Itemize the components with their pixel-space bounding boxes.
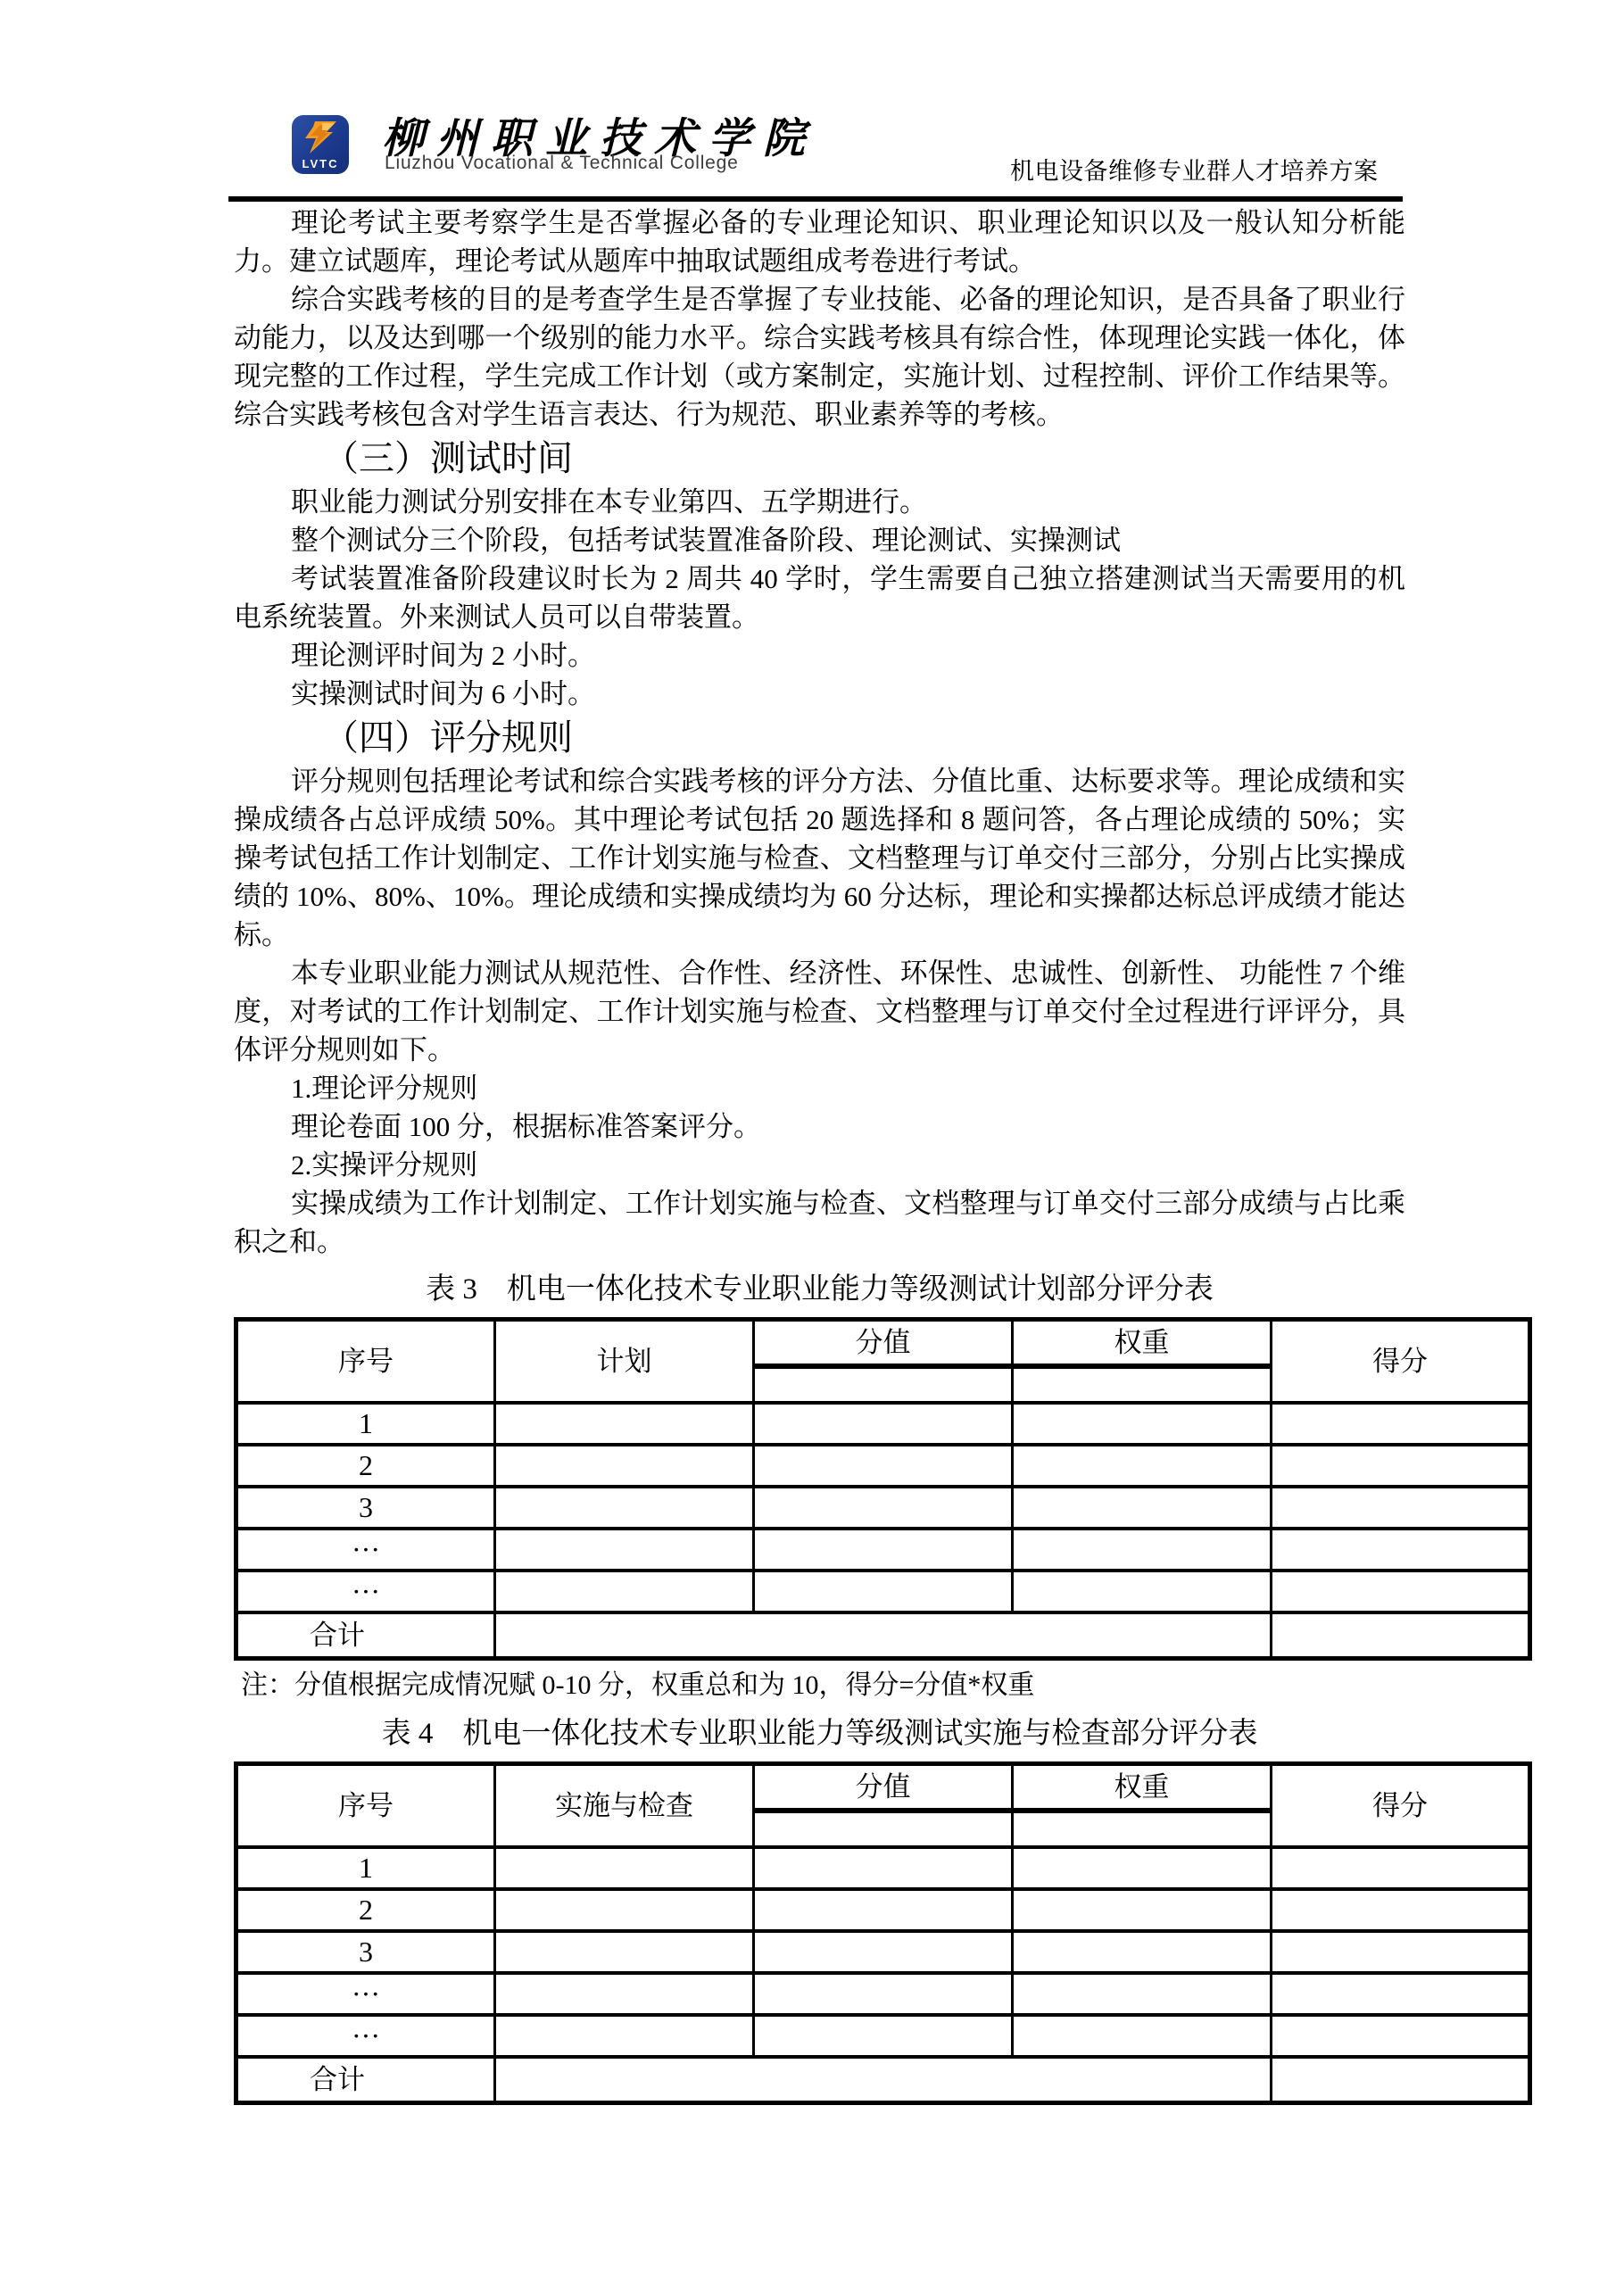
row-index-cell: ··· — [236, 2015, 495, 2057]
empty-cell — [1272, 1529, 1530, 1571]
row-index-cell: 3 — [236, 1487, 495, 1529]
col-header-implementation: 实施与检查 — [495, 1764, 754, 1847]
document-body: 理论考试主要考察学生是否掌握必备的专业理论知识、职业理论知识以及一般认知分析能力… — [234, 203, 1532, 2105]
college-logo: LVTC — [292, 115, 349, 174]
empty-cell — [1272, 1612, 1530, 1659]
table-header-row: 序号 计划 分值 权重 得分 — [236, 1320, 1530, 1366]
paragraph-preparation: 考试装置准备阶段建议时长为 2 周共 40 学时，学生需要自己独立搭建测试当天需… — [234, 559, 1532, 636]
table-total-row: 合计 — [236, 2057, 1530, 2103]
empty-cell — [1013, 1811, 1272, 1847]
logo-abbr-text: LVTC — [292, 157, 349, 170]
row-index-cell: ··· — [236, 1529, 495, 1571]
table-row: 3 — [236, 1487, 1530, 1529]
table-row: 3 — [236, 1931, 1530, 1973]
section-heading-4: （四）评分规则 — [234, 714, 1532, 761]
paragraph-practice-time: 实操测试时间为 6 小时。 — [234, 675, 1532, 713]
empty-cell — [1013, 1529, 1272, 1571]
empty-cell — [1013, 1847, 1272, 1889]
empty-cell — [495, 1487, 754, 1529]
section-heading-3: （三）测试时间 — [234, 435, 1532, 482]
empty-cell — [495, 1445, 754, 1487]
empty-cell — [1272, 1487, 1530, 1529]
col-header-points: 得分 — [1272, 1320, 1530, 1403]
empty-cell — [495, 1571, 754, 1612]
table3-note: 注：分值根据完成情况赋 0-10 分，权重总和为 10，得分=分值*权重 — [234, 1666, 1532, 1705]
empty-cell — [1272, 2015, 1530, 2057]
empty-cell — [495, 1403, 754, 1445]
col-header-index: 序号 — [236, 1320, 495, 1403]
empty-cell — [754, 1403, 1013, 1445]
empty-cell — [754, 1445, 1013, 1487]
table-row: 1 — [236, 1847, 1530, 1889]
empty-cell — [754, 1529, 1013, 1571]
empty-cell — [754, 1571, 1013, 1612]
empty-cell — [495, 2015, 754, 2057]
empty-cell — [1272, 1847, 1530, 1889]
paragraph-theory-time: 理论测评时间为 2 小时。 — [234, 636, 1532, 675]
empty-cell — [495, 1973, 754, 2015]
row-index-cell: ··· — [236, 1973, 495, 2015]
empty-cell — [1272, 1973, 1530, 2015]
paragraph-practice-rule: 实操成绩为工作计划制定、工作计划实施与检查、文档整理与订单交付三部分成绩与占比乘… — [234, 1184, 1532, 1261]
empty-cell — [1013, 1445, 1272, 1487]
paragraph-dimensions: 本专业职业能力测试从规范性、合作性、经济性、环保性、忠诚性、创新性、 功能性 7… — [234, 954, 1532, 1069]
table-row: ··· — [236, 1529, 1530, 1571]
empty-cell — [495, 1529, 754, 1571]
empty-cell — [1272, 1403, 1530, 1445]
total-label-cell: 合计 — [236, 2057, 495, 2103]
col-header-index: 序号 — [236, 1764, 495, 1847]
document-page: LVTC 柳州职业技术学院 Liuzhou Vocational & Techn… — [0, 0, 1624, 2296]
empty-cell — [754, 1811, 1013, 1847]
table-header-row: 序号 实施与检查 分值 权重 得分 — [236, 1764, 1530, 1811]
row-index-cell: 2 — [236, 1889, 495, 1931]
empty-cell — [1013, 1889, 1272, 1931]
table-row: 2 — [236, 1889, 1530, 1931]
empty-cell — [1013, 2015, 1272, 2057]
row-index-cell: 1 — [236, 1847, 495, 1889]
col-header-plan: 计划 — [495, 1320, 754, 1403]
empty-cell — [754, 1889, 1013, 1931]
empty-cell — [754, 1847, 1013, 1889]
row-index-cell: 1 — [236, 1403, 495, 1445]
total-label-cell: 合计 — [236, 1612, 495, 1659]
empty-cell — [754, 2015, 1013, 2057]
paragraph-schedule: 职业能力测试分别安排在本专业第四、五学期进行。 — [234, 483, 1532, 521]
lightning-bolt-icon — [301, 120, 340, 155]
empty-cell — [754, 1366, 1013, 1403]
empty-cell — [1013, 1366, 1272, 1403]
empty-cell — [1272, 1931, 1530, 1973]
table-row: 1 — [236, 1403, 1530, 1445]
paragraph-practice-purpose: 综合实践考核的目的是考查学生是否掌握了专业技能、必备的理论知识，是否具备了职业行… — [234, 280, 1532, 434]
empty-cell — [1013, 1571, 1272, 1612]
table-row: ··· — [236, 1571, 1530, 1612]
document-header-title: 机电设备维修专业群人才培养方案 — [1010, 152, 1379, 186]
col-header-weight: 权重 — [1013, 1320, 1272, 1366]
empty-cell — [495, 2057, 1272, 2103]
paragraph-practice-rule-no: 2.实操评分规则 — [234, 1146, 1532, 1184]
header-rule — [228, 196, 1403, 202]
table-row: 2 — [236, 1445, 1530, 1487]
empty-cell — [754, 1931, 1013, 1973]
implementation-score-table: 序号 实施与检查 分值 权重 得分 1 2 — [234, 1761, 1532, 2105]
paragraph-stages: 整个测试分三个阶段，包括考试装置准备阶段、理论测试、实操测试 — [234, 521, 1532, 559]
empty-cell — [1013, 1403, 1272, 1445]
empty-cell — [495, 1847, 754, 1889]
empty-cell — [754, 1487, 1013, 1529]
col-header-score-value: 分值 — [754, 1764, 1013, 1811]
col-header-score-value: 分值 — [754, 1320, 1013, 1366]
empty-cell — [1013, 1973, 1272, 2015]
empty-cell — [1013, 1931, 1272, 1973]
paragraph-scoring-rules: 评分规则包括理论考试和综合实践考核的评分方法、分值比重、达标要求等。理论成绩和实… — [234, 762, 1532, 954]
table4-caption: 表 4 机电一体化技术专业职业能力等级测试实施与检查部分评分表 — [234, 1713, 1532, 1754]
table-row: ··· — [236, 2015, 1530, 2057]
empty-cell — [495, 1931, 754, 1973]
empty-cell — [495, 1612, 1272, 1659]
row-index-cell: 3 — [236, 1931, 495, 1973]
college-name-en: Liuzhou Vocational & Technical College — [385, 153, 739, 174]
col-header-weight: 权重 — [1013, 1764, 1272, 1811]
row-index-cell: ··· — [236, 1571, 495, 1612]
table-row: ··· — [236, 1973, 1530, 2015]
empty-cell — [754, 1973, 1013, 2015]
paragraph-theory-exam: 理论考试主要考察学生是否掌握必备的专业理论知识、职业理论知识以及一般认知分析能力… — [234, 203, 1532, 280]
empty-cell — [1272, 1445, 1530, 1487]
table3-caption: 表 3 机电一体化技术专业职业能力等级测试计划部分评分表 — [234, 1269, 1532, 1310]
empty-cell — [1272, 1571, 1530, 1612]
plan-score-table: 序号 计划 分值 权重 得分 1 2 — [234, 1317, 1532, 1661]
paragraph-theory-rule: 理论卷面 100 分，根据标准答案评分。 — [234, 1107, 1532, 1146]
empty-cell — [1272, 2057, 1530, 2103]
paragraph-theory-rule-no: 1.理论评分规则 — [234, 1069, 1532, 1107]
table-total-row: 合计 — [236, 1612, 1530, 1659]
empty-cell — [1013, 1487, 1272, 1529]
empty-cell — [1272, 1889, 1530, 1931]
row-index-cell: 2 — [236, 1445, 495, 1487]
col-header-points: 得分 — [1272, 1764, 1530, 1847]
empty-cell — [495, 1889, 754, 1931]
